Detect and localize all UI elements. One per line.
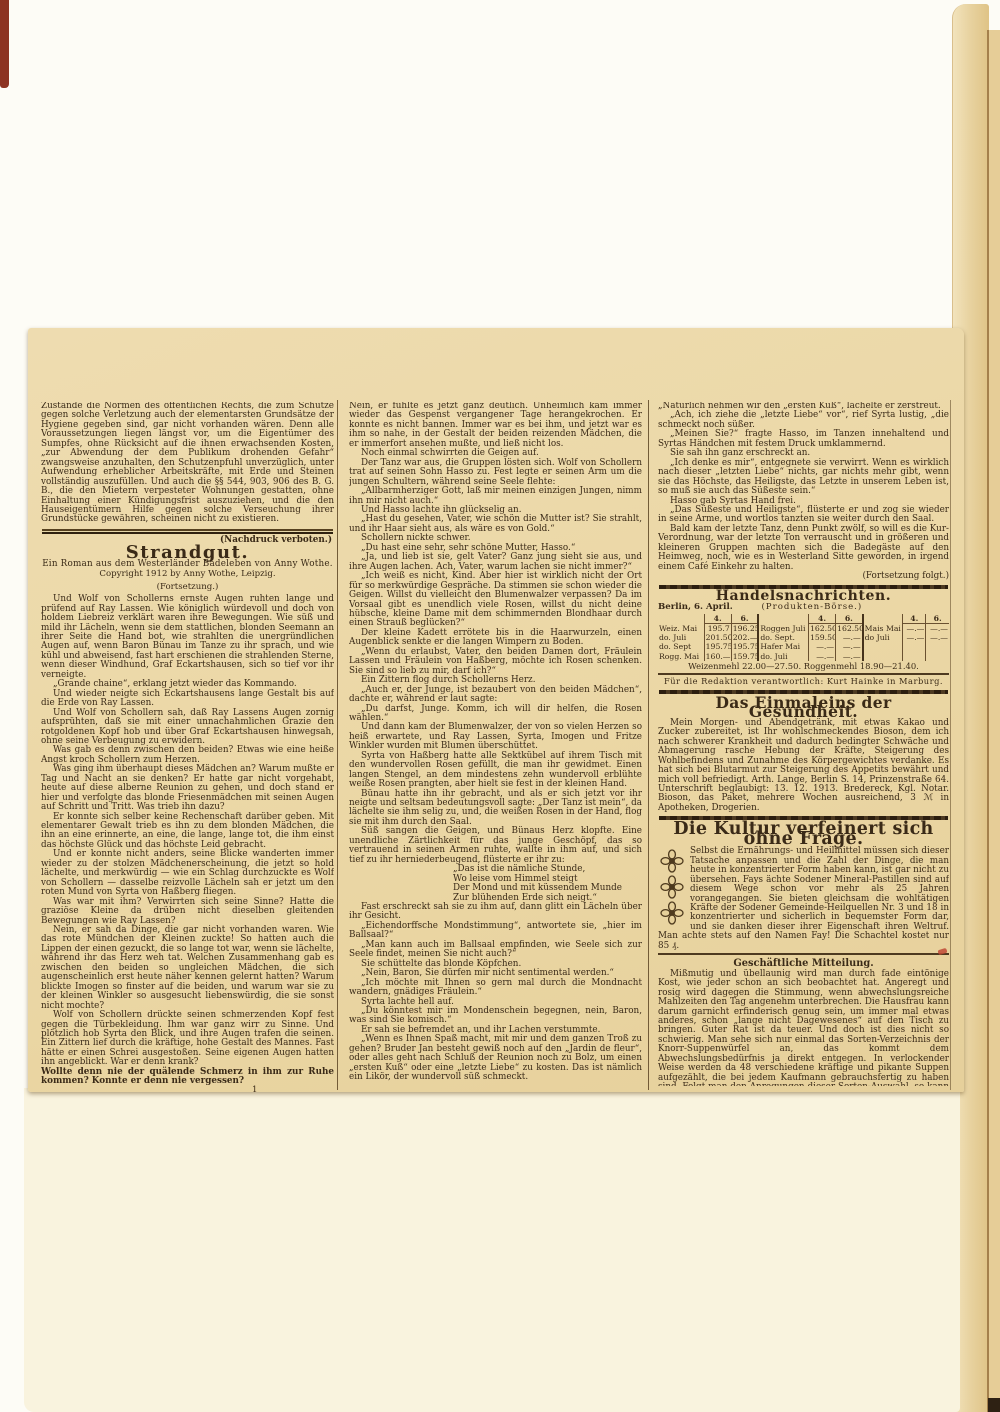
- story-title: Strandgut.: [41, 548, 334, 557]
- section-divider: [42, 529, 333, 534]
- copyright-line: Copyright 1912 by Anny Wothe, Leipzig.: [41, 570, 334, 579]
- paragraph: Nein, er sah da Dinge, die gar nicht vor…: [41, 926, 334, 1011]
- cell: [926, 652, 949, 661]
- paragraph: Und dann kam der Blumenwalzer, der von s…: [349, 723, 642, 751]
- paragraph: „Du darfst, Junge. Komm, ich will dir he…: [349, 705, 642, 724]
- column-rule: [648, 400, 649, 1090]
- column-2: Nein, er fühlte es jetzt ganz deutlich. …: [349, 402, 642, 1086]
- cell: 159.50: [808, 633, 835, 642]
- cell: 6.: [926, 614, 949, 624]
- cell: —.—: [926, 623, 949, 633]
- flour-prices: Weizenmehl 22.00—27.50. Roggenmehl 18.90…: [658, 662, 949, 671]
- cell: do Juli: [863, 633, 903, 642]
- editor-imprint: Für die Redaktion verantwortlich: Kurt H…: [658, 677, 949, 686]
- cell: 4.: [903, 614, 926, 624]
- cell: 195.75: [704, 642, 731, 651]
- cell: [903, 652, 926, 661]
- cell: —.—: [836, 652, 863, 661]
- health-ad-body: Mein Morgen- und Abendgetränk, mit etwas…: [658, 719, 949, 814]
- paragraph: „Meinen Sie?“ fragte Hasso, im Tanzen in…: [658, 430, 949, 449]
- cell: 162.50: [808, 623, 835, 633]
- column-3: „Natürlich nehmen wir den „ersten Kuß“, …: [658, 402, 949, 1086]
- paragraph: „Ich denke es mir“, entgegnete sie verwi…: [658, 459, 949, 497]
- cell: Weiz. Mai: [658, 623, 704, 633]
- paragraph: „Das Süßeste und Heiligste“, flüsterte e…: [658, 506, 949, 525]
- paragraph: Was war mit ihm? Verwirrten sich seine S…: [41, 898, 334, 926]
- cell: —.—: [808, 642, 835, 651]
- continuation-note: (Fortsetzung.): [41, 583, 334, 592]
- newspaper-sheet: Zustände die Normen des öffentlichen Rec…: [28, 328, 964, 1092]
- cell: Rogg. Mai: [658, 652, 704, 661]
- story-byline: Ein Roman aus dem Westerländer Badeleben…: [41, 560, 334, 569]
- paragraph: Nein, er fühlte es jetzt ganz deutlich. …: [349, 402, 642, 449]
- column-rule: [337, 400, 338, 1090]
- paragraph: „Eichendorffsche Mondstimmung“, antworte…: [349, 922, 642, 941]
- cell: —.—: [903, 633, 926, 642]
- cell: —.—: [926, 633, 949, 642]
- cell: 4.: [704, 614, 731, 624]
- cell: do. Sept.: [758, 633, 808, 642]
- table-row: Rogg. Mai 160.— 159.75 do. Juli —.— —.—: [658, 652, 949, 661]
- cell: —.—: [836, 633, 863, 642]
- health-ad-title: Das Einmaleins der Gesundheit.: [658, 698, 949, 717]
- divider: [658, 953, 949, 955]
- commodity-price-table: 4. 6. 4. 6. 4. 6. Weiz. Mai 195.7 196.25…: [658, 614, 949, 661]
- paragraph: Der kleine Kadett errötete bis in die Ha…: [349, 629, 642, 648]
- paragraph: „Man kann auch im Ballsaal empfinden, wi…: [349, 941, 642, 960]
- cell: [863, 652, 903, 661]
- cell: 162.50: [836, 623, 863, 633]
- business-notice-body: Mißmutig und übellaunig wird man durch f…: [658, 970, 949, 1086]
- spine-red-mark: [0, 0, 9, 88]
- paragraph: Was gab es denn zwischen den beiden? Etw…: [41, 746, 334, 765]
- story-paragraphs: „Natürlich nehmen wir den „ersten Kuß“, …: [658, 402, 949, 572]
- paragraph: Fast erschreckt sah sie zu ihm auf, dann…: [349, 903, 642, 922]
- underlying-page: [24, 1088, 960, 1412]
- story-paragraphs: Nein, er fühlte es jetzt ganz deutlich. …: [349, 402, 642, 1083]
- table-row: Weiz. Mai 195.7 196.25 Roggen Juli 162.5…: [658, 623, 949, 633]
- paragraph: „Allbarmherziger Gott, laß mir meinen ei…: [349, 487, 642, 506]
- cell: [903, 642, 926, 651]
- intro-paragraph: Zustände die Normen des öffentlichen Rec…: [41, 402, 334, 525]
- paragraph: Er konnte sich selber keine Rechenschaft…: [41, 813, 334, 851]
- paragraph: „Ich weiß es nicht, Kind. Aber hier ist …: [349, 572, 642, 629]
- cell: 195.7: [704, 623, 731, 633]
- paragraph: „Hast du gesehen, Vater, wie schön die M…: [349, 515, 642, 534]
- column-rule: [950, 400, 951, 1090]
- kultur-ad-body: Selbst die Ernährungs- und Heilmittel mü…: [658, 847, 949, 951]
- kultur-ad-block: Selbst die Ernährungs- und Heilmittel mü…: [658, 847, 949, 951]
- paragraph: Wollte denn nie der quälende Schmerz in …: [41, 1068, 334, 1086]
- paragraph: Was ging ihm überhaupt dieses Mädchen an…: [41, 765, 334, 812]
- cell: do. Sept: [658, 642, 704, 651]
- table-header-row: 4. 6. 4. 6. 4. 6.: [658, 614, 949, 624]
- paragraph: Und Wolf von Schollern sah, daß Ray Lass…: [41, 709, 334, 747]
- business-notice-title: Geschäftliche Mitteilung.: [658, 959, 949, 968]
- cell: [863, 642, 903, 651]
- cell: 195.75: [731, 642, 758, 651]
- story-paragraphs: Und Wolf von Schollerns ernste Augen ruh…: [41, 595, 334, 1086]
- shadow-corner: [988, 1398, 1000, 1412]
- cell: 202.—: [731, 633, 758, 642]
- cell: [658, 614, 704, 624]
- cell: —.—: [903, 623, 926, 633]
- paragraph: Und wieder neigte sich Eckartshausens la…: [41, 690, 334, 709]
- paragraph: „Du könntest mir im Mondenschein begegne…: [349, 1007, 642, 1026]
- column-1: Zustände die Normen des öffentlichen Rec…: [41, 402, 334, 1086]
- cell: [863, 614, 903, 624]
- market-news-title: Handelsnachrichten.: [658, 592, 949, 601]
- to-be-continued-note: (Fortsetzung folgt.): [658, 572, 949, 581]
- cell: do. Juli: [758, 652, 808, 661]
- cell: 159.75: [731, 652, 758, 661]
- pen-mark: [937, 948, 947, 956]
- scanned-newspaper-page: Zustände die Normen des öffentlichen Rec…: [0, 0, 1000, 1412]
- paragraph: Bünau hatte ihn ihr gebracht, und als er…: [349, 790, 642, 828]
- paragraph: Der Tanz war aus, die Gruppen lösten sic…: [349, 459, 642, 487]
- market-dateline: Berlin, 6. April. (Produkten-Börse.): [658, 603, 949, 612]
- cell: [926, 642, 949, 651]
- cell: 160.—: [704, 652, 731, 661]
- signature-number: 1: [252, 1085, 257, 1095]
- paragraph: Bald kam der letzte Tanz, denn Punkt zwö…: [658, 525, 949, 572]
- cell: [758, 614, 808, 624]
- divider: [658, 673, 949, 675]
- paragraph: „Wenn es Ihnen Spaß macht, mit mir und d…: [349, 1035, 642, 1082]
- paragraph: Und Wolf von Schollerns ernste Augen ruh…: [41, 595, 334, 680]
- paragraph: Wolf von Schollern drückte seinen schmer…: [41, 1011, 334, 1068]
- cell: 201.50: [704, 633, 731, 642]
- market-place: Berlin, 6. April.: [658, 602, 733, 612]
- market-exchange: (Produkten-Börse.): [761, 602, 862, 612]
- cell: 196.25: [731, 623, 758, 633]
- rosette-ornament-icon: [658, 849, 685, 925]
- cell: 4.: [808, 614, 835, 624]
- table-row: do. Juli 201.50 202.— do. Sept. 159.50 —…: [658, 633, 949, 642]
- cell: —.—: [808, 652, 835, 661]
- paragraph: „Ach, ich ziehe die „letzte Liebe“ vor“,…: [658, 411, 949, 430]
- paragraph: „Ich möchte mit Ihnen so gern mal durch …: [349, 979, 642, 998]
- cell: Mais Mai: [863, 623, 903, 633]
- paragraph: Süß sangen die Geigen, und Bünaus Herz k…: [349, 827, 642, 865]
- paragraph: „Ja, und lieb ist sie, gelt Vater? Ganz …: [349, 553, 642, 572]
- cell: do. Juli: [658, 633, 704, 642]
- paragraph: „Auch er, der Junge, ist bezaubert von d…: [349, 686, 642, 705]
- cell: Roggen Juli: [758, 623, 808, 633]
- paragraph: Syrta von Haßberg hatte alle Sektkübel a…: [349, 752, 642, 790]
- table-row: do. Sept 195.75 195.75 Hafer Mai —.— —.—: [658, 642, 949, 651]
- kultur-ad-title: Die Kultur verfeinert sich ohne Frage.: [658, 825, 949, 844]
- cell: 6.: [836, 614, 863, 624]
- cell: —.—: [836, 642, 863, 651]
- paragraph: Und er konnte nicht anders, seine Blicke…: [41, 850, 334, 897]
- paragraph: „Wenn du erlaubst, Vater, den beiden Dam…: [349, 648, 642, 676]
- book-page-edge-outer: [987, 30, 1000, 1412]
- cell: 6.: [731, 614, 758, 624]
- cell: Hafer Mai: [758, 642, 808, 651]
